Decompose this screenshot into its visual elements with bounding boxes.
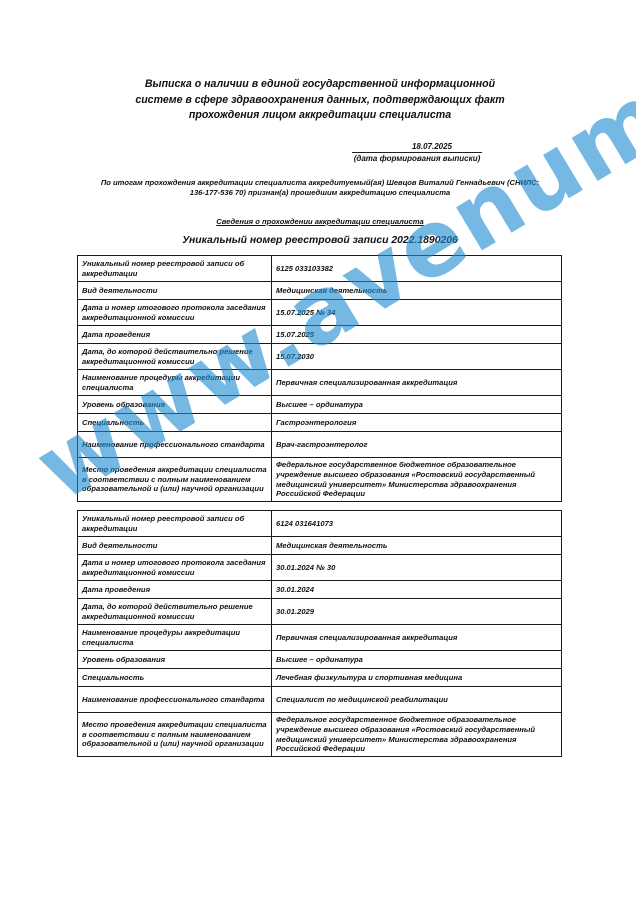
table-row: Место проведения аккредитации специалист…: [78, 713, 562, 757]
row-label: Вид деятельности: [78, 282, 272, 300]
row-label: Дата и номер итогового протокола заседан…: [78, 555, 272, 581]
table-row: Специальность Гастроэнтерология: [78, 414, 562, 432]
row-value: Федеральное государственное бюджетное об…: [272, 458, 562, 502]
row-label: Наименование профессионального стандарта: [78, 687, 272, 713]
row-value: 6125 033103382: [272, 256, 562, 282]
row-label: Дата и номер итогового протокола заседан…: [78, 300, 272, 326]
formation-date-block: 18.07.2025 (дата формирования выписки): [352, 142, 482, 164]
statement-line: 136-177-536 70) признан(а) прошедшим акк…: [82, 188, 558, 198]
table-row: Наименование процедуры аккредитации спец…: [78, 370, 562, 396]
title-line: Выписка о наличии в единой государственн…: [120, 77, 520, 93]
row-label: Место проведения аккредитации специалист…: [78, 458, 272, 502]
row-value: Первичная специализированная аккредитаци…: [272, 370, 562, 396]
table-row: Дата проведения 30.01.2024: [78, 581, 562, 599]
row-value: 30.01.2024 № 30: [272, 555, 562, 581]
table-row: Вид деятельности Медицинская деятельност…: [78, 537, 562, 555]
formation-date-caption: (дата формирования выписки): [352, 153, 482, 164]
row-value: Медицинская деятельность: [272, 282, 562, 300]
row-label: Наименование процедуры аккредитации спец…: [78, 370, 272, 396]
row-label: Уровень образования: [78, 396, 272, 414]
table-row: Уровень образования Высшее – ординатура: [78, 396, 562, 414]
row-value: Высшее – ординатура: [272, 396, 562, 414]
row-label: Наименование профессионального стандарта: [78, 432, 272, 458]
table-row: Дата и номер итогового протокола заседан…: [78, 300, 562, 326]
row-value: 15.07.2025 № 34: [272, 300, 562, 326]
table-row: Наименование процедуры аккредитации спец…: [78, 625, 562, 651]
row-label: Вид деятельности: [78, 537, 272, 555]
accreditation-record-table: Уникальный номер реестровой записи об ак…: [77, 510, 562, 757]
table-row: Дата, до которой действительно решение а…: [78, 344, 562, 370]
title-line: системе в сфере здравоохранения данных, …: [120, 93, 520, 109]
document-page: Выписка о наличии в единой государственн…: [0, 0, 636, 900]
table-row: Дата и номер итогового протокола заседан…: [78, 555, 562, 581]
table-row: Место проведения аккредитации специалист…: [78, 458, 562, 502]
document-title: Выписка о наличии в единой государственн…: [120, 77, 520, 124]
row-label: Специальность: [78, 669, 272, 687]
section-title: Сведения о прохождении аккредитации спец…: [120, 217, 520, 226]
row-label: Дата проведения: [78, 326, 272, 344]
accreditation-statement: По итогам прохождения аккредитации специ…: [82, 178, 558, 198]
table-row: Специальность Лечебная физкультура и спо…: [78, 669, 562, 687]
table-row: Наименование профессионального стандарта…: [78, 687, 562, 713]
row-label: Специальность: [78, 414, 272, 432]
row-value: 30.01.2029: [272, 599, 562, 625]
row-label: Уровень образования: [78, 651, 272, 669]
accreditation-record-table: Уникальный номер реестровой записи об ак…: [77, 255, 562, 502]
table-row: Наименование профессионального стандарта…: [78, 432, 562, 458]
formation-date: 18.07.2025: [352, 142, 482, 153]
table-row: Вид деятельности Медицинская деятельност…: [78, 282, 562, 300]
row-label: Дата проведения: [78, 581, 272, 599]
table-row: Уникальный номер реестровой записи об ак…: [78, 256, 562, 282]
row-value: 30.01.2024: [272, 581, 562, 599]
row-value: Врач-гастроэнтеролог: [272, 432, 562, 458]
row-label: Уникальный номер реестровой записи об ак…: [78, 256, 272, 282]
table-row: Дата проведения 15.07.2025: [78, 326, 562, 344]
statement-line: По итогам прохождения аккредитации специ…: [82, 178, 558, 188]
table-row: Уровень образования Высшее – ординатура: [78, 651, 562, 669]
row-value: Федеральное государственное бюджетное об…: [272, 713, 562, 757]
row-value: Первичная специализированная аккредитаци…: [272, 625, 562, 651]
row-value: Гастроэнтерология: [272, 414, 562, 432]
row-label: Дата, до которой действительно решение а…: [78, 599, 272, 625]
row-value: 15.07.2025: [272, 326, 562, 344]
row-value: Лечебная физкультура и спортивная медици…: [272, 669, 562, 687]
table-row: Уникальный номер реестровой записи об ак…: [78, 511, 562, 537]
row-value: 15.07.2030: [272, 344, 562, 370]
row-label: Наименование процедуры аккредитации спец…: [78, 625, 272, 651]
row-label: Дата, до которой действительно решение а…: [78, 344, 272, 370]
table-row: Дата, до которой действительно решение а…: [78, 599, 562, 625]
row-value: 6124 031641073: [272, 511, 562, 537]
registry-heading: Уникальный номер реестровой записи 2022.…: [120, 235, 520, 246]
row-value: Специалист по медицинской реабилитации: [272, 687, 562, 713]
row-value: Высшее – ординатура: [272, 651, 562, 669]
row-value: Медицинская деятельность: [272, 537, 562, 555]
row-label: Место проведения аккредитации специалист…: [78, 713, 272, 757]
title-line: прохождения лицом аккредитации специалис…: [120, 108, 520, 124]
row-label: Уникальный номер реестровой записи об ак…: [78, 511, 272, 537]
